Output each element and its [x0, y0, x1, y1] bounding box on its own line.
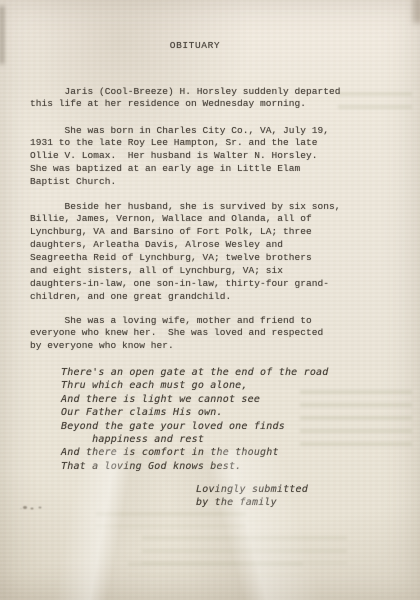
bleed-through-text: [96, 512, 246, 527]
page-title: OBITUARY: [0, 40, 390, 51]
obituary-paragraph-intro: Jaris (Cool-Breeze) H. Horsley suddenly …: [30, 86, 341, 112]
bleed-through-text: [128, 562, 303, 576]
obituary-paragraph-tribute: She was a loving wife, mother and friend…: [30, 315, 323, 354]
obituary-paragraph-survivors: Beside her husband, she is survived by s…: [30, 201, 341, 304]
family-signature: Lovingly submitted by the family: [196, 483, 308, 510]
bleed-through-text: [142, 536, 347, 564]
obituary-paragraph-birth: She was born in Charles City Co., VA, Ju…: [30, 125, 329, 190]
memorial-poem: There's an open gate at the end of the r…: [61, 366, 328, 473]
page-edge-shadow: [0, 6, 4, 64]
page-corner-shadow: [413, 0, 420, 23]
ink-smudge: [23, 506, 27, 509]
obituary-page: OBITUARY Jaris (Cool-Breeze) H. Horsley …: [0, 0, 420, 600]
bleed-through-text: [338, 92, 412, 116]
